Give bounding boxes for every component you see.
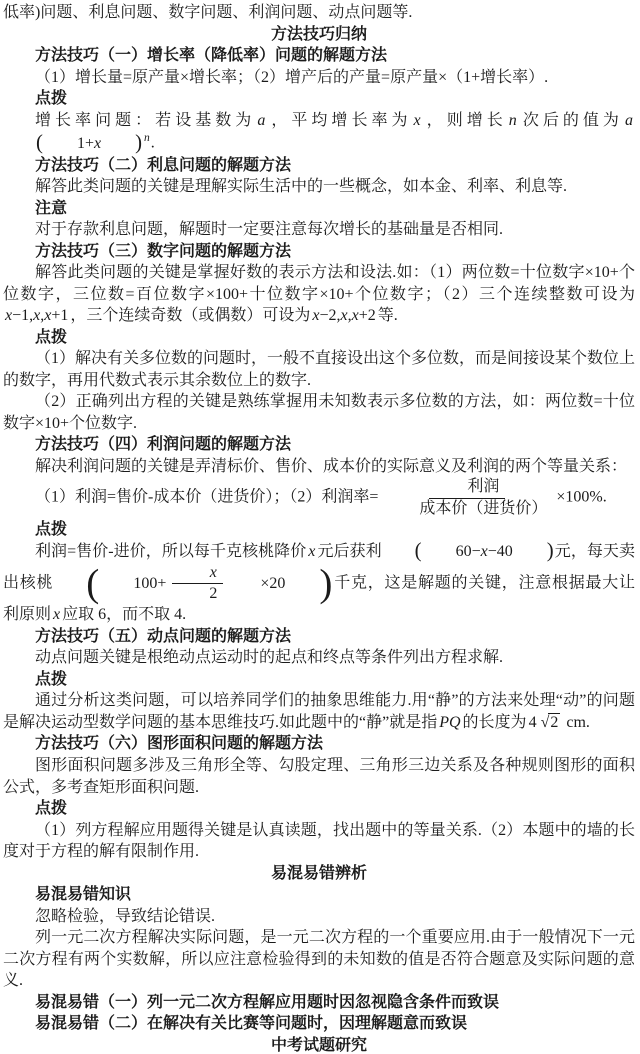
paragraph: 忽略检验，导致结论错误. bbox=[3, 906, 635, 928]
subheading: 点拨 bbox=[3, 798, 635, 820]
text-run: ，则增长 bbox=[423, 112, 507, 129]
text-run: . bbox=[151, 134, 155, 151]
math-expression: x bbox=[53, 606, 60, 623]
fraction-numerator: x bbox=[172, 564, 223, 584]
paragraph: 增长率问题：若设基数为a，平均增长率为x，则增长n次后的值为a(1+x)n. bbox=[3, 110, 635, 155]
subheading: 方法技巧（六）图形面积问题的解题方法 bbox=[3, 733, 635, 755]
paragraph: 低率)问题、利息问题、数字问题、利润问题、动点问题等. bbox=[3, 2, 635, 24]
math-expression: x bbox=[414, 112, 421, 129]
subheading: 易混易错知识 bbox=[3, 884, 635, 906]
radicand: 2 bbox=[548, 713, 560, 731]
section-title: 中考试题研究 bbox=[3, 1035, 635, 1054]
math-expression: 4 bbox=[529, 714, 537, 731]
paragraph: 解答此类问题的关键是掌握好数的表示方法和设法.如：（1）两位数=十位数字×10+… bbox=[3, 262, 635, 327]
paragraph: （2）正确列出方程的关键是熟练掌握用未知数表示多位数的方法，如：两位数=十位数字… bbox=[3, 391, 635, 434]
paragraph: （1）解决有关多位数的问题时，一般不直接设出这个多位数，而是间接设某个数位上的数… bbox=[3, 348, 635, 391]
math-superscript: n bbox=[144, 132, 150, 144]
math-expression: 100+ bbox=[101, 573, 166, 595]
section-title: 易混易错辨析 bbox=[3, 863, 635, 885]
text-run: 元后获利 bbox=[317, 543, 381, 560]
math-expression: PQ bbox=[439, 714, 460, 731]
paragraph: （1）增长量=原产量×增长率；（2）增产后的产量=原产量×（1+增长率）. bbox=[3, 67, 635, 89]
math-radical: √2 bbox=[541, 714, 561, 731]
subheading: 方法技巧（四）利润问题的解题方法 bbox=[3, 434, 635, 456]
subheading: 方法技巧（二）利息问题的解题方法 bbox=[3, 155, 635, 177]
text-run: 次后的值为 bbox=[519, 112, 623, 129]
right-paren: ) bbox=[103, 133, 142, 154]
math-expression: 1+x bbox=[45, 133, 101, 155]
paragraph: 对于存款利息问题，解题时一定要注意每次增长的基础量是否相同. bbox=[3, 219, 635, 241]
subheading: 点拨 bbox=[3, 327, 635, 349]
math-expression: a bbox=[257, 112, 265, 129]
math-expression: x−1,x,x+1 bbox=[5, 307, 68, 324]
paragraph: （1）列方程解应用题得关键是认真读题，找出题中的等量关系.（2）本题中的墙的长度… bbox=[3, 820, 635, 863]
fraction-numerator: 利润 bbox=[429, 478, 505, 498]
subheading: 方法技巧（一）增长率（降低率）问题的解题方法 bbox=[3, 45, 635, 67]
math-expression: 60−x−40 bbox=[424, 541, 513, 563]
section-title: 方法技巧归纳 bbox=[3, 24, 635, 46]
math-expression: n bbox=[509, 112, 517, 129]
left-paren: ( bbox=[54, 567, 99, 600]
text-run: ，三个连续奇数（或偶数）可设为 bbox=[70, 307, 310, 324]
math-expression: x bbox=[308, 543, 315, 560]
subheading: 易混易错（一）列一元二次方程解应用题时因忽视隐含条件而致误 bbox=[3, 992, 635, 1014]
document-content: 低率)问题、利息问题、数字问题、利润问题、动点问题等.方法技巧归纳方法技巧（一）… bbox=[3, 2, 635, 1054]
right-paren: ) bbox=[515, 541, 554, 562]
subheading: 注意 bbox=[3, 198, 635, 220]
math-expression: a bbox=[625, 112, 633, 129]
math-paren-group: (1+x) bbox=[4, 133, 142, 155]
paragraph: 利润=售价-进价，所以每千克核桃降价x元后获利(60−x−40)元，每天卖出核桃… bbox=[3, 541, 635, 626]
math-paren-group: (100+x2×20) bbox=[54, 563, 332, 605]
text-run: 利润=售价-进价，所以每千克核桃降价 bbox=[35, 543, 306, 560]
paragraph: 列一元二次方程解决实际问题，是一元二次方程的一个重要应用.由于一般情况下一元二次… bbox=[3, 927, 635, 992]
subheading: 方法技巧（三）数字问题的解题方法 bbox=[3, 241, 635, 263]
subheading: 易混易错（二）在解决有关比赛等问题时，因理解题意而致误 bbox=[3, 1013, 635, 1035]
paragraph: 通过分析这类问题，可以培养同学们的抽象思维能力.用“静”的方法来处理“动”的问题… bbox=[3, 690, 635, 733]
text-run: cm. bbox=[562, 714, 590, 731]
text-run: 的长度为 bbox=[463, 714, 527, 731]
math-expression: ×20 bbox=[228, 573, 285, 595]
right-paren: ) bbox=[287, 567, 332, 600]
math-fraction: x2 bbox=[171, 564, 223, 604]
left-paren: ( bbox=[4, 133, 43, 154]
text-run: （1）利润=售价-成本价（进货价）；（2）利润率= bbox=[35, 489, 378, 506]
paragraph: 图形面积问题多涉及三角形全等、勾股定理、三角形三边关系及各种规则图形的面积公式，… bbox=[3, 755, 635, 798]
left-paren: ( bbox=[383, 541, 422, 562]
math-expression: x−2,x,x+2 bbox=[312, 307, 375, 324]
text-run: 等. bbox=[378, 307, 398, 324]
paragraph: 解答此类问题的关键是理解实际生活中的一些概念，如本金、利率、利息等. bbox=[3, 176, 635, 198]
subheading: 点拨 bbox=[3, 88, 635, 110]
text-run: ，平均增长率为 bbox=[267, 112, 411, 129]
subheading: 点拨 bbox=[3, 669, 635, 691]
paragraph: 解决利润问题的关键是弄清标价、售价、成本价的实际意义及利润的两个等量关系： bbox=[3, 456, 635, 478]
math-fraction: 利润成本价（进货价） bbox=[381, 478, 553, 518]
document-page: 低率)问题、利息问题、数字问题、利润问题、动点问题等.方法技巧归纳方法技巧（一）… bbox=[0, 0, 640, 1054]
subheading: 方法技巧（五）动点问题的解题方法 bbox=[3, 626, 635, 648]
text-run: 增长率问题：若设基数为 bbox=[35, 112, 255, 129]
text-run: ×100%. bbox=[556, 489, 606, 506]
paragraph: （1）利润=售价-成本价（进货价）；（2）利润率=利润成本价（进货价）×100%… bbox=[3, 477, 635, 519]
fraction-denominator: 2 bbox=[171, 584, 223, 603]
paragraph: 动点问题关键是根绝动点运动时的起点和终点等条件列出方程求解. bbox=[3, 647, 635, 669]
fraction-denominator: 成本价（进货价） bbox=[381, 499, 553, 518]
text-run: 解答此类问题的关键是掌握好数的表示方法和设法.如：（1）两位数=十位数字×10+… bbox=[3, 264, 635, 303]
math-paren-group: (60−x−40) bbox=[383, 541, 554, 563]
text-run: 应取 6，而不取 4. bbox=[62, 606, 186, 623]
subheading: 点拨 bbox=[3, 519, 635, 541]
